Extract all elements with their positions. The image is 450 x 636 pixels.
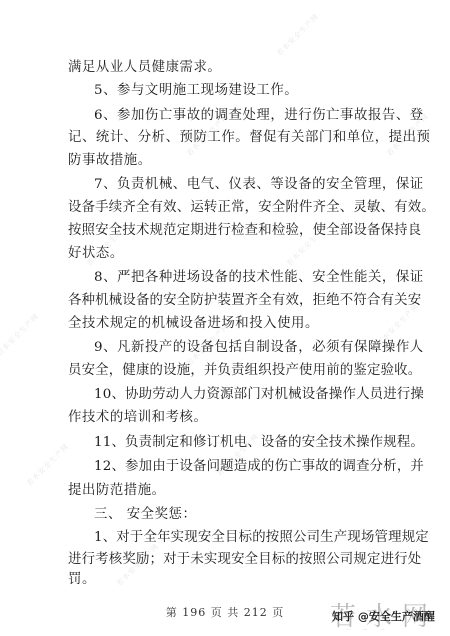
body-text-line: 全技术规定的机械设备进场和投入使用。 xyxy=(68,316,319,332)
body-text-line: 作技术的培训和考核。 xyxy=(68,410,207,426)
body-text-line: 7、负责机械、电气、仪表、等设备的安全管理，保证 xyxy=(94,177,424,193)
body-text-line: 6、参加伤亡事故的调查处理，进行伤亡事故报告、登 xyxy=(94,108,424,124)
body-text-line: 5、参与文明施工现场建设工作。 xyxy=(94,83,298,99)
body-text-line: 满足从业人员健康需求。 xyxy=(68,60,221,76)
body-text-line: 罚。 xyxy=(68,572,96,588)
body-text-line: 10、协助劳动人力资源部门对机械设备操作人员进行操 xyxy=(94,387,424,403)
body-text-line: 1、对于全年实现安全目标的按照公司生产现场管理规定 xyxy=(94,530,429,546)
diagonal-watermark: 若水安全生产网 xyxy=(25,442,72,489)
body-text-line: 设备手续齐全有效、运转正常，安全附件齐全、灵敏、有效。 xyxy=(68,200,435,216)
diagonal-watermark: 若水安全生产网 xyxy=(275,12,322,59)
overlay-credit-text: 知乎 @安全生产酒醒 xyxy=(332,608,435,624)
body-text-line: 好状态。 xyxy=(68,246,124,262)
body-text-line: 9、凡新投产的设备包括自制设备，必须有保障操作人 xyxy=(94,340,424,356)
document-page: 若水安全生产网 若水安全生产网 若水安全生产网 若水安全生产网 若水安全生产网 … xyxy=(0,0,450,636)
body-text-line: 提出防范措施。 xyxy=(68,483,166,499)
body-text-line: 按照安全技术规范定期进行检查和检验，使全部设备保持良 xyxy=(68,223,421,239)
body-text-line: 12、参加由于设备问题造成的伤亡事故的调查分析，并 xyxy=(94,459,424,475)
body-text-line: 员安全，健康的设施，并负责组织投产使用前的鉴定验收。 xyxy=(68,363,421,379)
watermark-logo: 若水网 知乎 @安全生产酒醒 — — — xyxy=(330,596,442,632)
section-heading: 三、 安全奖惩： xyxy=(94,507,196,523)
body-text-line: 记、统计、分析、预防工作。督促有关部门和单位，提出预 xyxy=(68,130,430,146)
body-text-line: 进行考核奖励；对于未实现安全目标的按照公司规定进行处 xyxy=(68,552,421,568)
body-text-line: 11、负责制定和修订机电、设备的安全技术操作规程。 xyxy=(94,435,424,451)
body-text-line: 8、严把各种进场设备的技术性能、安全性能关，保证 xyxy=(94,270,424,286)
body-text-line: 防事故措施。 xyxy=(68,153,152,169)
diagonal-watermark: 若水安全生产网 xyxy=(0,312,41,359)
body-text-line: 各种机械设备的安全防护装置齐全有效，拒绝不符合有关安 xyxy=(68,293,421,309)
logo-subline: — — — xyxy=(346,626,391,631)
